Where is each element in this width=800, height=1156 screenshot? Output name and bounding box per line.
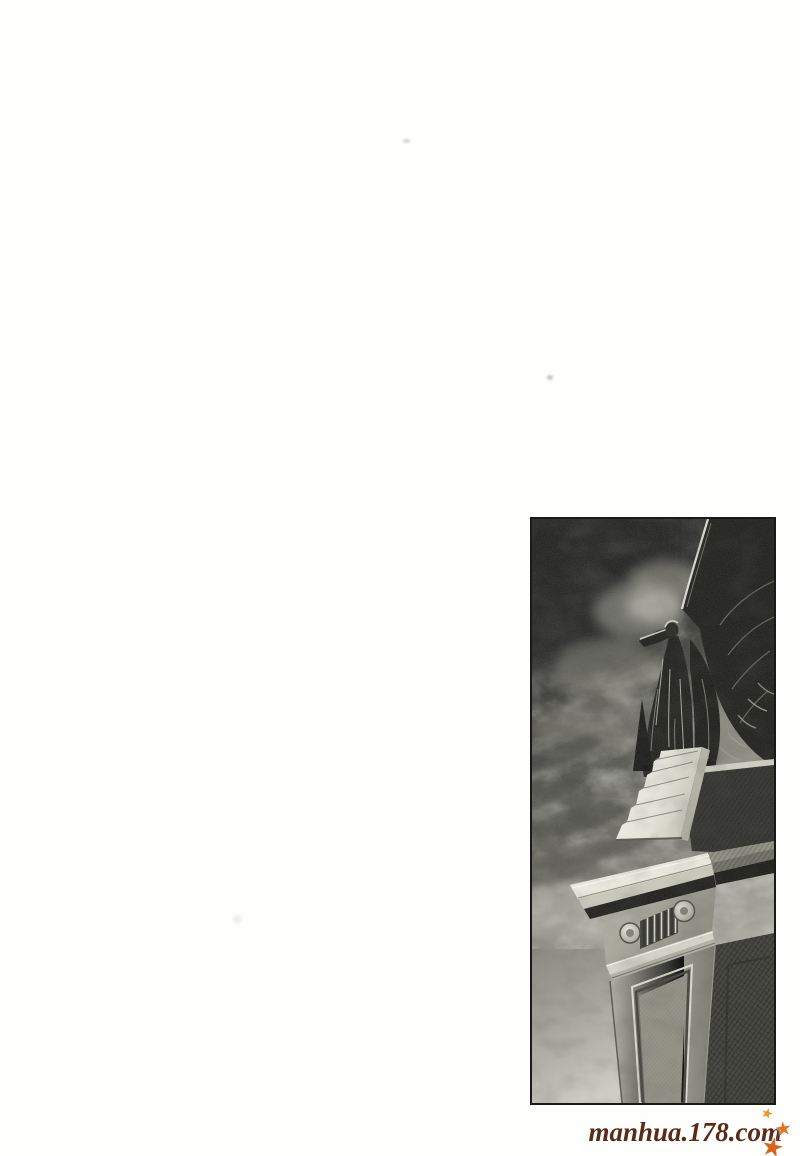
manga-panel <box>530 517 776 1105</box>
manga-page: manhua.178.com ★ ★ ★ <box>0 0 800 1156</box>
scan-speck <box>547 375 553 380</box>
panel-artwork <box>532 519 774 1103</box>
scan-speck <box>403 139 410 143</box>
scan-speck <box>233 915 242 924</box>
star-icon: ★ <box>758 1132 786 1156</box>
watermark-text: manhua.178.com <box>588 1117 782 1148</box>
